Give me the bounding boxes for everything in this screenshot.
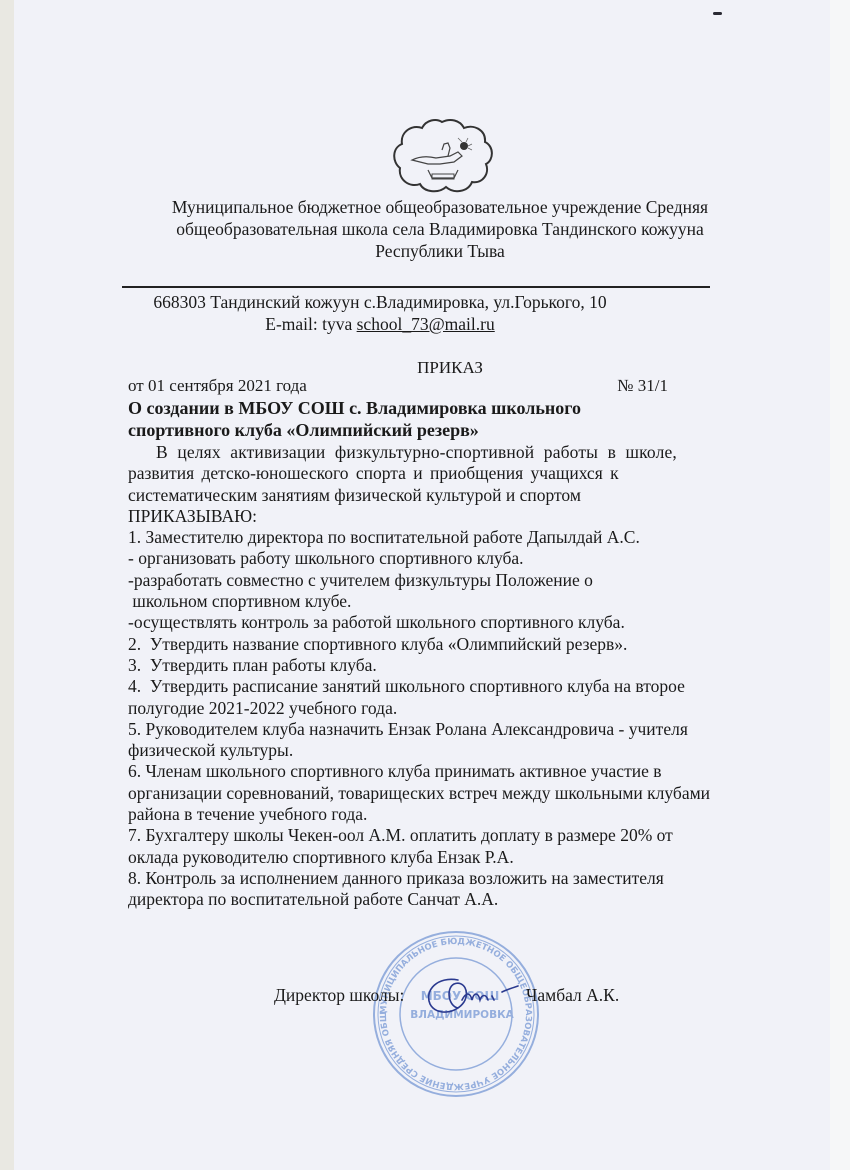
order-subject: О создании в МБОУ СОШ с. Владимировка шк…	[128, 397, 688, 441]
scan-left-edge	[0, 0, 14, 1170]
order-item: 5. Руководителем клуба назначить Ензак Р…	[128, 719, 818, 740]
address-block: 668303 Тандинский кожуун с.Владимировка,…	[120, 291, 760, 335]
order-item: - организовать работу школьного спортивн…	[128, 548, 818, 569]
email-label: E-mail: tyva	[265, 314, 356, 334]
order-item: 8. Контроль за исполнением данного прика…	[128, 868, 818, 889]
email-link[interactable]: school_73@mail.ru	[357, 314, 495, 334]
order-item: 3. Утвердить план работы клуба.	[128, 655, 818, 676]
order-item: организации соревнований, товарищеских в…	[128, 783, 818, 804]
org-name-line-2: общеобразовательная школа села Владимиро…	[120, 218, 760, 240]
order-body: В целях активизации физкультурно-спортив…	[128, 442, 818, 911]
order-item: -разработать совместно с учителем физкул…	[128, 570, 818, 591]
order-item: физической культуры.	[128, 740, 818, 761]
order-item: 7. Бухгалтеру школы Чекен-оол А.М. оплат…	[128, 825, 818, 846]
postal-address: 668303 Тандинский кожуун с.Владимировка,…	[120, 291, 640, 313]
subject-line-1: О создании в МБОУ СОШ с. Владимировка шк…	[128, 397, 688, 419]
command-word: ПРИКАЗЫВАЮ:	[128, 506, 818, 527]
subject-line-2: спортивного клуба «Олимпийский резерв»	[128, 419, 688, 441]
order-date: от 01 сентября 2021 года	[128, 376, 307, 396]
org-name-line-3: Республики Тыва	[120, 240, 760, 262]
order-item: 2. Утвердить название спортивного клуба …	[128, 634, 818, 655]
order-item: -осуществлять контроль за работой школьн…	[128, 612, 818, 633]
org-name-line-1: Муниципальное бюджетное общеобразователь…	[120, 196, 760, 218]
email-line: E-mail: tyva school_73@mail.ru	[120, 313, 640, 335]
order-item: полугодие 2021-2022 учебного года.	[128, 698, 818, 719]
organization-header: Муниципальное бюджетное общеобразователь…	[120, 196, 760, 262]
order-item: оклада руководителю спортивного клуба Ен…	[128, 847, 818, 868]
scan-right-edge	[830, 0, 850, 1170]
order-number: № 31/1	[617, 376, 668, 396]
order-item: 6. Членам школьного спортивного клуба пр…	[128, 761, 818, 782]
order-item: района в течение учебного года.	[128, 804, 818, 825]
order-meta: от 01 сентября 2021 года № 31/1	[128, 376, 668, 396]
director-signature-icon	[418, 970, 528, 1020]
order-item: 1. Заместителю директора по воспитательн…	[128, 527, 818, 548]
order-item: школьном спортивном клубе.	[128, 591, 818, 612]
intro-line-3: систематическим занятиям физической куль…	[128, 485, 818, 506]
signature-name: Чамбал А.К.	[526, 985, 619, 1006]
header-divider	[122, 286, 710, 288]
intro-line-2: развития детско-юношеского спорта и прио…	[128, 463, 818, 484]
order-item: 4. Утвердить расписание занятий школьног…	[128, 676, 818, 697]
scan-mark	[713, 12, 722, 15]
order-item: директора по воспитательной работе Санча…	[128, 889, 818, 910]
tuva-emblem-icon	[388, 116, 496, 194]
signature-title: Директор школы:	[274, 985, 404, 1006]
intro-line-1: В целях активизации физкультурно-спортив…	[128, 442, 818, 463]
order-title: ПРИКАЗ	[120, 358, 760, 378]
